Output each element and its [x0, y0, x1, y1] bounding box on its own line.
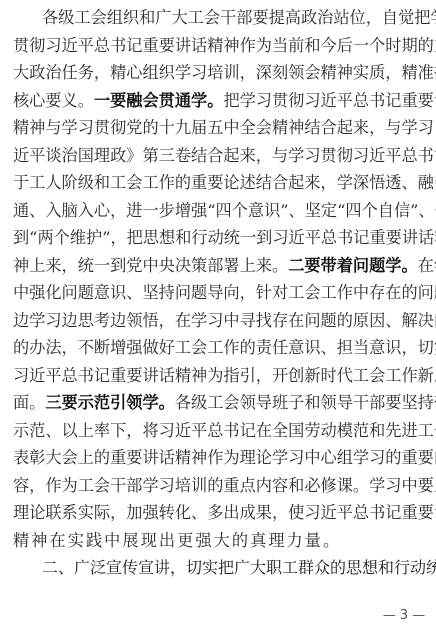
text-run: 神上来，统一到党中央决策部署上来。 [13, 256, 288, 275]
bold-subheading: 三要示范引领学。 [45, 393, 175, 412]
document-page: 各级工会组织和广大工会干部要提高政治站位，自觉把学习 贯彻习近平总书记重要讲话精… [0, 0, 436, 632]
paragraph-line: 精神与学习贯彻党的十九届五中全会精神结合起来，与学习《习 [13, 114, 425, 142]
paragraph-line: 于工人阶级和工会工作的重要论述结合起来，学深悟透、融会贯 [13, 169, 425, 197]
paragraph-line: 边学习边思考边领悟，在学习中寻找存在问题的原因、解决问题 [13, 307, 425, 335]
paragraph-line: 近平谈治国理政》第三卷结合起来，与学习贯彻习近平总书记关 [13, 142, 425, 170]
text-run: 核心要义。 [13, 91, 94, 110]
text-run: 把学习贯彻习近平总书记重要讲话 [223, 91, 436, 110]
text-run: 面。 [13, 393, 45, 412]
paragraph-line: 神上来，统一到党中央决策部署上来。二要带着问题学。在学习 [13, 252, 425, 280]
text-run: 在学习 [418, 256, 436, 275]
paragraph-line: 容，作为工会干部学习培训的重点内容和必修课。学习中要坚持 [13, 472, 425, 500]
text-run: 各级工会领导班子和领导干部要坚持带头 [175, 393, 436, 412]
bold-subheading: 二要带着问题学。 [288, 256, 418, 275]
paragraph-line: 习近平总书记重要讲话精神为指引，开创新时代工会工作新局 [13, 362, 425, 390]
paragraph-line: 面。三要示范引领学。各级工会领导班子和领导干部要坚持带头 [13, 389, 425, 417]
paragraph-line: 理论联系实际，加强转化、多出成果，使习近平总书记重要讲话 [13, 499, 425, 527]
paragraph-line: 各级工会组织和广大工会干部要提高政治站位，自觉把学习 [42, 4, 425, 32]
paragraph-line: 中强化问题意识、坚持问题导向，针对工会工作中存在的问题， [13, 279, 425, 307]
paragraph-line: 通、入脑入心，进一步增强“四个意识”、坚定“四个自信”、做 [13, 197, 425, 225]
bold-subheading: 一要融会贯通学。 [94, 91, 224, 110]
paragraph-line: 示范、以上率下，将习近平总书记在全国劳动模范和先进工作者 [13, 417, 425, 445]
paragraph-line: 到“两个维护”，把思想和行动统一到习近平总书记重要讲话精 [13, 224, 425, 252]
paragraph-line: 贯彻习近平总书记重要讲话精神作为当前和今后一个时期的重 [13, 32, 425, 60]
paragraph-line: 的办法，不断增强做好工会工作的责任意识、担当意识，切实以 [13, 334, 425, 362]
section-heading: 二、广泛宣传宣讲，切实把广大职工群众的思想和行动统一 [42, 554, 425, 582]
paragraph-line: 核心要义。一要融会贯通学。把学习贯彻习近平总书记重要讲话 [13, 87, 425, 115]
paragraph-line: 大政治任务，精心组织学习培训，深刻领会精神实质，精准把握 [13, 59, 425, 87]
page-number: — 3 — [379, 608, 429, 623]
paragraph-line: 精神在实践中展现出更强大的真理力量。 [13, 527, 425, 555]
paragraph-line: 表彰大会上的重要讲话精神作为理论学习中心组学习的重要内 [13, 444, 425, 472]
